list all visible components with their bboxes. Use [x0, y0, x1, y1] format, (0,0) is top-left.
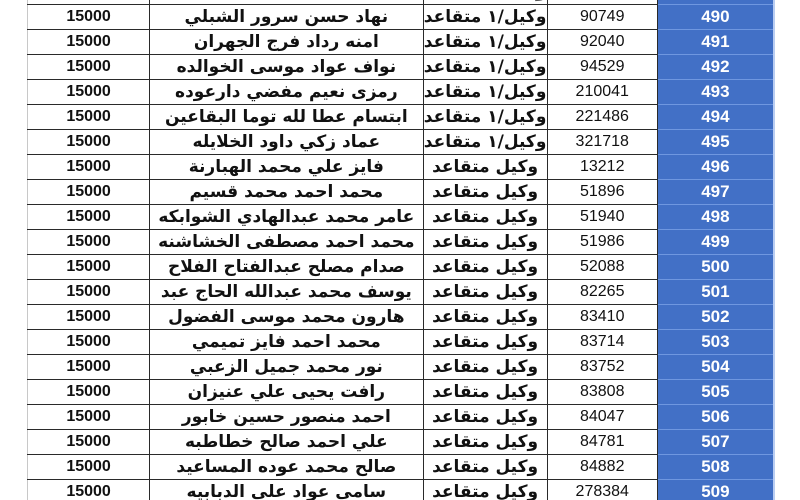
id-number-cell: 83752 — [547, 355, 657, 380]
id-number-cell: 278384 — [547, 480, 657, 500]
table-body: 15000 وكيل/١ متقاعد 489 15000نهاد حسن سر… — [28, 0, 775, 500]
table-row: 15000صدام مصلح عبدالفتاح الفلاحوكيل متقا… — [28, 255, 775, 280]
table-row: 15000رمزى نعيم مفضي دارعودهوكيل/١ متقاعد… — [28, 80, 775, 105]
table-row: 15000نواف عواد موسى الخوالدهوكيل/١ متقاع… — [28, 55, 775, 80]
table-row: 15000هارون محمد موسى الفضولوكيل متقاعد83… — [28, 305, 775, 330]
index-cell: 492 — [657, 55, 774, 80]
name-cell: يوسف محمد عبدالله الحاج عبد — [150, 280, 423, 305]
job-title-cell: وكيل متقاعد — [423, 330, 547, 355]
amount-cell: 15000 — [28, 55, 150, 80]
amount-cell: 15000 — [28, 180, 150, 205]
job-title-cell: وكيل متقاعد — [423, 180, 547, 205]
amount-cell: 15000 — [28, 405, 150, 430]
job-title-cell: وكيل متقاعد — [423, 305, 547, 330]
amount-cell: 15000 — [28, 30, 150, 55]
name-cell: صدام مصلح عبدالفتاح الفلاح — [150, 255, 423, 280]
index-cell: 495 — [657, 130, 774, 155]
index-cell: 497 — [657, 180, 774, 205]
amount-cell: 15000 — [28, 155, 150, 180]
index-cell: 499 — [657, 230, 774, 255]
name-cell: امنه رداد فرج الجهران — [150, 30, 423, 55]
job-title-cell: وكيل/١ متقاعد — [423, 5, 547, 30]
table-row: 15000عماد زكي داود الخلايلهوكيل/١ متقاعد… — [28, 130, 775, 155]
table-row: 15000علي احمد صالح خطاطبهوكيل متقاعد8478… — [28, 430, 775, 455]
name-cell: رمزى نعيم مفضي دارعوده — [150, 80, 423, 105]
index-cell: 508 — [657, 455, 774, 480]
retirees-table: 15000 وكيل/١ متقاعد 489 15000نهاد حسن سر… — [27, 0, 775, 500]
amount-cell: 15000 — [28, 455, 150, 480]
index-cell: 494 — [657, 105, 774, 130]
table-row: 15000رافت يحيى علي عنيزانوكيل متقاعد8380… — [28, 380, 775, 405]
index-cell: 505 — [657, 380, 774, 405]
id-number-cell: 84047 — [547, 405, 657, 430]
id-number-cell: 210041 — [547, 80, 657, 105]
name-cell: محمد احمد مصطفى الخشاشنه — [150, 230, 423, 255]
amount-cell: 15000 — [28, 255, 150, 280]
id-number-cell: 84882 — [547, 455, 657, 480]
id-number-cell: 94529 — [547, 55, 657, 80]
job-title-cell: وكيل متقاعد — [423, 230, 547, 255]
table-row: 15000نهاد حسن سرور الشبليوكيل/١ متقاعد90… — [28, 5, 775, 30]
name-cell: محمد احمد محمد قسيم — [150, 180, 423, 205]
job-title-cell: وكيل متقاعد — [423, 280, 547, 305]
amount-cell: 15000 — [28, 280, 150, 305]
name-cell: فايز علي محمد الهبارنة — [150, 155, 423, 180]
job-title-cell: وكيل/١ متقاعد — [423, 130, 547, 155]
index-cell: 509 — [657, 480, 774, 500]
index-cell: 498 — [657, 205, 774, 230]
index-cell: 493 — [657, 80, 774, 105]
index-cell: 500 — [657, 255, 774, 280]
index-cell: 507 — [657, 430, 774, 455]
table-row: 15000نور محمد جميل الزعبيوكيل متقاعد8375… — [28, 355, 775, 380]
name-cell: سامي عواد علي الدبابيه — [150, 480, 423, 500]
job-title-cell: وكيل/١ متقاعد — [423, 55, 547, 80]
job-title-cell: وكيل متقاعد — [423, 255, 547, 280]
id-number-cell: 82265 — [547, 280, 657, 305]
name-cell: صالح محمد عوده المساعيد — [150, 455, 423, 480]
amount-cell: 15000 — [28, 480, 150, 500]
id-number-cell: 90749 — [547, 5, 657, 30]
name-cell: نور محمد جميل الزعبي — [150, 355, 423, 380]
index-cell: 501 — [657, 280, 774, 305]
name-cell: علي احمد صالح خطاطبه — [150, 430, 423, 455]
amount-cell: 15000 — [28, 5, 150, 30]
name-cell: احمد منصور حسين خابور — [150, 405, 423, 430]
id-number-cell: 13212 — [547, 155, 657, 180]
index-cell: 490 — [657, 5, 774, 30]
job-title-cell: وكيل متقاعد — [423, 455, 547, 480]
table-row: 15000عامر محمد عبدالهادي الشوابكهوكيل مت… — [28, 205, 775, 230]
id-number-cell: 221486 — [547, 105, 657, 130]
table-row: 15000سامي عواد علي الدبابيهوكيل متقاعد27… — [28, 480, 775, 500]
name-cell: نواف عواد موسى الخوالده — [150, 55, 423, 80]
index-cell: 506 — [657, 405, 774, 430]
table-row: 15000احمد منصور حسين خابوروكيل متقاعد840… — [28, 405, 775, 430]
table-row: 15000ابتسام عطا لله توما البقاعينوكيل/١ … — [28, 105, 775, 130]
index-cell: 502 — [657, 305, 774, 330]
amount-cell: 15000 — [28, 205, 150, 230]
table-row: 15000صالح محمد عوده المساعيدوكيل متقاعد8… — [28, 455, 775, 480]
retirees-table-sheet: 15000 وكيل/١ متقاعد 489 15000نهاد حسن سر… — [27, 0, 775, 500]
amount-cell: 15000 — [28, 80, 150, 105]
name-cell: نهاد حسن سرور الشبلي — [150, 5, 423, 30]
table-row: 15000محمد احمد مصطفى الخشاشنهوكيل متقاعد… — [28, 230, 775, 255]
job-title-cell: وكيل متقاعد — [423, 430, 547, 455]
id-number-cell: 321718 — [547, 130, 657, 155]
table-row: 15000فايز علي محمد الهبارنةوكيل متقاعد13… — [28, 155, 775, 180]
amount-cell: 15000 — [28, 380, 150, 405]
index-cell: 496 — [657, 155, 774, 180]
job-title-cell: وكيل/١ متقاعد — [423, 105, 547, 130]
id-number-cell: 51986 — [547, 230, 657, 255]
job-title-cell: وكيل/١ متقاعد — [423, 80, 547, 105]
amount-cell: 15000 — [28, 355, 150, 380]
table-row: 15000يوسف محمد عبدالله الحاج عبدوكيل متق… — [28, 280, 775, 305]
amount-cell: 15000 — [28, 230, 150, 255]
table-row: 15000امنه رداد فرج الجهرانوكيل/١ متقاعد9… — [28, 30, 775, 55]
job-title-cell: وكيل متقاعد — [423, 380, 547, 405]
id-number-cell: 51896 — [547, 180, 657, 205]
name-cell: عامر محمد عبدالهادي الشوابكه — [150, 205, 423, 230]
table-row: 15000محمد احمد فايز تميميوكيل متقاعد8371… — [28, 330, 775, 355]
name-cell: هارون محمد موسى الفضول — [150, 305, 423, 330]
name-cell: عماد زكي داود الخلايله — [150, 130, 423, 155]
amount-cell: 15000 — [28, 305, 150, 330]
name-cell: ابتسام عطا لله توما البقاعين — [150, 105, 423, 130]
job-title-cell: وكيل متقاعد — [423, 205, 547, 230]
id-number-cell: 83714 — [547, 330, 657, 355]
amount-cell: 15000 — [28, 430, 150, 455]
id-number-cell: 84781 — [547, 430, 657, 455]
table-row: 15000محمد احمد محمد قسيموكيل متقاعد51896… — [28, 180, 775, 205]
id-number-cell: 83808 — [547, 380, 657, 405]
name-cell: محمد احمد فايز تميمي — [150, 330, 423, 355]
job-title-cell: وكيل متقاعد — [423, 405, 547, 430]
id-number-cell: 92040 — [547, 30, 657, 55]
index-cell: 503 — [657, 330, 774, 355]
job-title-cell: وكيل متقاعد — [423, 480, 547, 500]
job-title-cell: وكيل/١ متقاعد — [423, 30, 547, 55]
amount-cell: 15000 — [28, 130, 150, 155]
id-number-cell: 52088 — [547, 255, 657, 280]
index-cell: 491 — [657, 30, 774, 55]
job-title-cell: وكيل متقاعد — [423, 155, 547, 180]
id-number-cell: 83410 — [547, 305, 657, 330]
job-title-cell: وكيل متقاعد — [423, 355, 547, 380]
id-number-cell: 51940 — [547, 205, 657, 230]
amount-cell: 15000 — [28, 105, 150, 130]
name-cell: رافت يحيى علي عنيزان — [150, 380, 423, 405]
index-cell: 504 — [657, 355, 774, 380]
amount-cell: 15000 — [28, 330, 150, 355]
